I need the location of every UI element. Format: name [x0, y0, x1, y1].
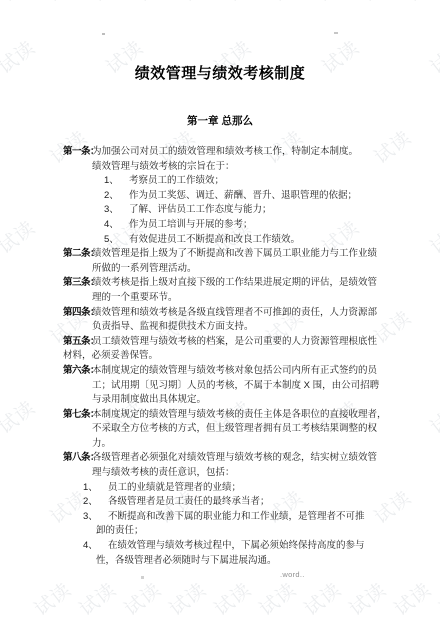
- article-row: 第三条：绩效考核是指上级对直接下级的工作结果进展定期的评估，是绩效管理的一个重要…: [63, 276, 387, 305]
- watermark-text: 试读: [343, 575, 391, 620]
- list-item-text: 有效促进员工不断提高和改良工作绩效。: [129, 234, 300, 245]
- article-line: 本制度规定的绩效管理与绩效考核的责任主体是各职位的直接收理者，: [92, 408, 387, 423]
- list-item-continuation: 性，各级管理者必须随时与下属进展沟通。: [96, 554, 387, 569]
- article-row: 第二条：绩效管理是指上级为了不断提高和改善下属员工职业能力与工作业绩所做的一系列…: [63, 247, 387, 276]
- article-row: 第五条：员工绩效管理与绩效考核的档案，是公司重要的人力资源管理根底性材料，必须妥…: [63, 335, 387, 364]
- article-line: 绩效管理和绩效考核是各级直线管理者不可推卸的责任，人力资源部: [92, 306, 387, 321]
- article-line: 各级管理者必须强化对绩效管理与绩效考核的观念，结实树立绩效管: [92, 451, 387, 466]
- article-line: 绩效管理与绩效考核的宗旨在于：: [92, 160, 387, 175]
- article-row: 第一条：为加强公司对员工的绩效管理和绩效考核工作，特制定本制度。绩效管理与绩效考…: [63, 145, 387, 247]
- chapter-heading: 第一章 总那么: [0, 113, 440, 128]
- list-item: 2、作为员工奖惩、调迁、薪酬、晋升、退职管理的依据；: [104, 189, 387, 204]
- article-body: 绩效管理是指上级为了不断提高和改善下属员工职业能力与工作业绩所做的一系列管理活动…: [92, 247, 387, 276]
- list-item: 3、不断提高和改善下属的职业能力和工作业绩，是管理者不可推卸的责任；: [83, 510, 387, 539]
- list-item-marker: 4、: [83, 539, 108, 554]
- list-item-marker: 3、: [104, 203, 129, 218]
- article-label: 第七条：: [63, 408, 99, 423]
- document-title: 绩效管理与绩效考核制度: [0, 0, 440, 83]
- article-body: 各级管理者必须强化对绩效管理与绩效考核的观念，结实树立绩效管理与绩效考核的责任意…: [92, 451, 387, 568]
- list-item-text: 员工的业绩就是管理者的业绩；: [108, 482, 241, 493]
- article-line: 绩效管理是指上级为了不断提高和改善下属员工职业能力与工作业绩: [92, 247, 387, 262]
- article-label: 第三条：: [63, 276, 99, 291]
- list-item-text: 考察员工的工作绩效；: [129, 175, 224, 186]
- watermark-text: 试读: [253, 575, 301, 620]
- list-item-text: 在绩效管理与绩效考核过程中，下属必须始终保持高度的参与: [108, 540, 365, 551]
- watermark-text: 试读: [163, 575, 211, 620]
- list-item: 4、作为员工培训与开展的参考；: [104, 218, 387, 233]
- article-label: 第一条：: [63, 145, 99, 160]
- footer-word-mark: .word..: [280, 570, 305, 579]
- article-body: 绩效考核是指上级对直接下级的工作结果进展定期的评估，是绩效管理的一个重要环节。: [92, 276, 387, 305]
- list-item-text: 各级管理者是员工责任的最终承当者；: [108, 496, 270, 507]
- list-item-marker: 4、: [104, 218, 129, 233]
- list-item: 4、在绩效管理与绩效考核过程中，下属必须始终保持高度的参与性，各级管理者必须随时…: [83, 539, 387, 568]
- watermark-text: 试读: [433, 575, 440, 620]
- list-item-continuation: 卸的责任；: [96, 524, 387, 539]
- article-line: 不采取全方位考核的方式，但上级管理者拥有员工考核结果调整的权: [92, 422, 387, 437]
- list-item-marker: 5、: [104, 233, 129, 248]
- article-body: 为加强公司对员工的绩效管理和绩效考核工作，特制定本制度。绩效管理与绩效考核的宗旨…: [92, 145, 387, 247]
- article-label: 第六条：: [63, 364, 99, 379]
- article-line: 绩效考核是指上级对直接下级的工作结果进展定期的评估，是绩效管: [92, 276, 387, 291]
- list-item-marker: 1、: [83, 481, 108, 496]
- watermark-text: 试读: [118, 575, 166, 620]
- article-body: 绩效管理和绩效考核是各级直线管理者不可推卸的责任，人力资源部负责指导、监视和提供…: [92, 306, 387, 335]
- watermark-text: 试读: [208, 575, 256, 620]
- article-body: 本制度规定的绩效管理与绩效考核的责任主体是各职位的直接收理者，不采取全方位考核的…: [92, 408, 387, 452]
- list-item: 3、了解、评估员工工作态度与能力；: [104, 203, 387, 218]
- list-item-marker: 1、: [104, 174, 129, 189]
- article-label: 第二条：: [63, 247, 99, 262]
- article-line: 材料，必须妥善保管。: [63, 349, 387, 364]
- list-item: 2、各级管理者是员工责任的最终承当者；: [83, 495, 387, 510]
- article-body: 本制度规定的绩效管理与绩效考核对象包括公司内所有正式签约的员工；试用期〔见习期〕…: [92, 364, 387, 408]
- article-row: 第八条：各级管理者必须强化对绩效管理与绩效考核的观念，结实树立绩效管理与绩效考核…: [63, 451, 387, 568]
- list-item-marker: 2、: [83, 495, 108, 510]
- list-item-text: 作为员工培训与开展的参考；: [129, 219, 253, 230]
- article-row: 第四条：绩效管理和绩效考核是各级直线管理者不可推卸的责任，人力资源部负责指导、监…: [63, 306, 387, 335]
- watermark-text: 试读: [73, 575, 121, 620]
- document-content: 绩效管理与绩效考核制度 第一章 总那么 第一条：为加强公司对员工的绩效管理和绩效…: [0, 0, 440, 568]
- article-line: 力。: [92, 437, 387, 452]
- article-line: 与录用制度做出具体规定。: [92, 393, 387, 408]
- list-item: 1、员工的业绩就是管理者的业绩；: [83, 481, 387, 496]
- article-label: 第四条：: [63, 306, 99, 321]
- list-item: 5、有效促进员工不断提高和改良工作绩效。: [104, 233, 387, 248]
- article-line: 为加强公司对员工的绩效管理和绩效考核工作，特制定本制度。: [92, 145, 387, 160]
- article-line: 所做的一系列管理活动。: [92, 262, 387, 277]
- article-row: 第七条：本制度规定的绩效管理与绩效考核的责任主体是各职位的直接收理者，不采取全方…: [63, 408, 387, 452]
- list-item-marker: 3、: [83, 510, 108, 525]
- watermark-text: 试读: [28, 575, 76, 620]
- article-body: 员工绩效管理与绩效考核的档案，是公司重要的人力资源管理根底性材料，必须妥善保管。: [63, 335, 387, 364]
- article-label: 第八条：: [63, 451, 99, 466]
- list-item-text: 不断提高和改善下属的职业能力和工作业绩，是管理者不可推: [108, 511, 365, 522]
- article-line: 员工绩效管理与绩效考核的档案，是公司重要的人力资源管理根底性: [63, 335, 387, 350]
- article-line: 本制度规定的绩效管理与绩效考核对象包括公司内所有正式签约的员: [92, 364, 387, 379]
- list-item-text: 了解、评估员工工作态度与能力；: [129, 204, 272, 215]
- document-page: 试读试读试读试读试读试读试读试读试读试读试读试读试读试读试读试读试读试读试读试读…: [0, 0, 440, 620]
- list-item: 1、考察员工的工作绩效；: [104, 174, 387, 189]
- list-item-marker: 2、: [104, 189, 129, 204]
- list-item-text: 作为员工奖惩、调迁、薪酬、晋升、退职管理的依据；: [129, 190, 357, 201]
- watermark-text: 试读: [388, 575, 436, 620]
- article-line: 负责指导、监视和提供技术方面支持。: [92, 320, 387, 335]
- article-line: 工；试用期〔见习期〕人员的考核，不属于本制度 X 围，由公司招聘: [92, 379, 387, 394]
- artifact-speck: [141, 576, 144, 579]
- article-label: 第五条：: [63, 335, 99, 350]
- article-line: 理的一个重要环节。: [92, 291, 387, 306]
- articles-section: 第一条：为加强公司对员工的绩效管理和绩效考核工作，特制定本制度。绩效管理与绩效考…: [0, 145, 440, 568]
- article-line: 理与绩效考核的责任意识，包括：: [92, 466, 387, 481]
- watermark-text: 试读: [298, 575, 346, 620]
- article-row: 第六条：本制度规定的绩效管理与绩效考核对象包括公司内所有正式签约的员工；试用期〔…: [63, 364, 387, 408]
